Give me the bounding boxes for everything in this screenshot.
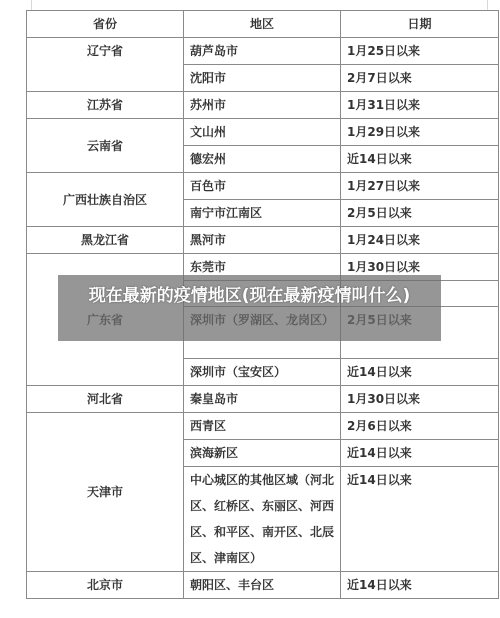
- province-cell: 北京市: [27, 572, 184, 599]
- date-cell: 近14日以来: [341, 572, 499, 599]
- table-row: 云南省 文山州 1月29日以来: [27, 119, 499, 146]
- region-cell: 秦皇岛市: [184, 386, 341, 413]
- date-cell: 1月29日以来: [341, 119, 499, 146]
- table-header-row: 省份 地区 日期: [27, 11, 499, 38]
- header-province: 省份: [27, 11, 184, 38]
- date-cell: 1月25日以来: [341, 38, 499, 65]
- region-cell: 沈阳市: [184, 65, 341, 92]
- table-row: 辽宁省 葫芦岛市 1月25日以来: [27, 38, 499, 65]
- province-cell: 天津市: [27, 413, 184, 572]
- province-cell: 河北省: [27, 386, 184, 413]
- article-title-overlay: 现在最新的疫情地区(现在最新疫情叫什么): [58, 275, 441, 341]
- date-cell: 1月31日以来: [341, 92, 499, 119]
- region-cell: 中心城区的其他区域（河北区、红桥区、东丽区、河西区、和平区、南开区、北辰区、津南…: [184, 467, 341, 572]
- region-cell: 朝阳区、丰台区: [184, 572, 341, 599]
- date-cell: 近14日以来: [341, 467, 499, 572]
- table-row: 北京市 朝阳区、丰台区 近14日以来: [27, 572, 499, 599]
- region-cell: 西青区: [184, 413, 341, 440]
- region-cell: 滨海新区: [184, 440, 341, 467]
- date-cell: 近14日以来: [341, 359, 499, 386]
- region-cell: 百色市: [184, 173, 341, 200]
- province-cell: 广西壮族自治区: [27, 173, 184, 227]
- date-cell: 2月5日以来: [341, 200, 499, 227]
- region-cell: 德宏州: [184, 146, 341, 173]
- table-row: 江苏省 苏州市 1月31日以来: [27, 92, 499, 119]
- region-cell: 黑河市: [184, 227, 341, 254]
- header-region: 地区: [184, 11, 341, 38]
- table-row: 广西壮族自治区 百色市 1月27日以来: [27, 173, 499, 200]
- region-cell: 南宁市江南区: [184, 200, 341, 227]
- date-cell: 1月27日以来: [341, 173, 499, 200]
- region-cell: 苏州市: [184, 92, 341, 119]
- province-cell: 辽宁省: [27, 38, 184, 92]
- date-cell: 1月30日以来: [341, 386, 499, 413]
- table-row: 天津市 西青区 2月6日以来: [27, 413, 499, 440]
- table-row: 河北省 秦皇岛市 1月30日以来: [27, 386, 499, 413]
- province-cell: 黑龙江省: [27, 227, 184, 254]
- date-cell: 近14日以来: [341, 440, 499, 467]
- region-cell: 深圳市（宝安区）: [184, 359, 341, 386]
- date-cell: 2月6日以来: [341, 413, 499, 440]
- table-row: 黑龙江省 黑河市 1月24日以来: [27, 227, 499, 254]
- header-date: 日期: [341, 11, 499, 38]
- date-cell: 1月24日以来: [341, 227, 499, 254]
- region-cell: 文山州: [184, 119, 341, 146]
- province-cell: 云南省: [27, 119, 184, 173]
- date-cell: 2月7日以来: [341, 65, 499, 92]
- date-cell: 近14日以来: [341, 146, 499, 173]
- document-frame: [31, 0, 488, 10]
- province-cell: 江苏省: [27, 92, 184, 119]
- region-cell: 葫芦岛市: [184, 38, 341, 65]
